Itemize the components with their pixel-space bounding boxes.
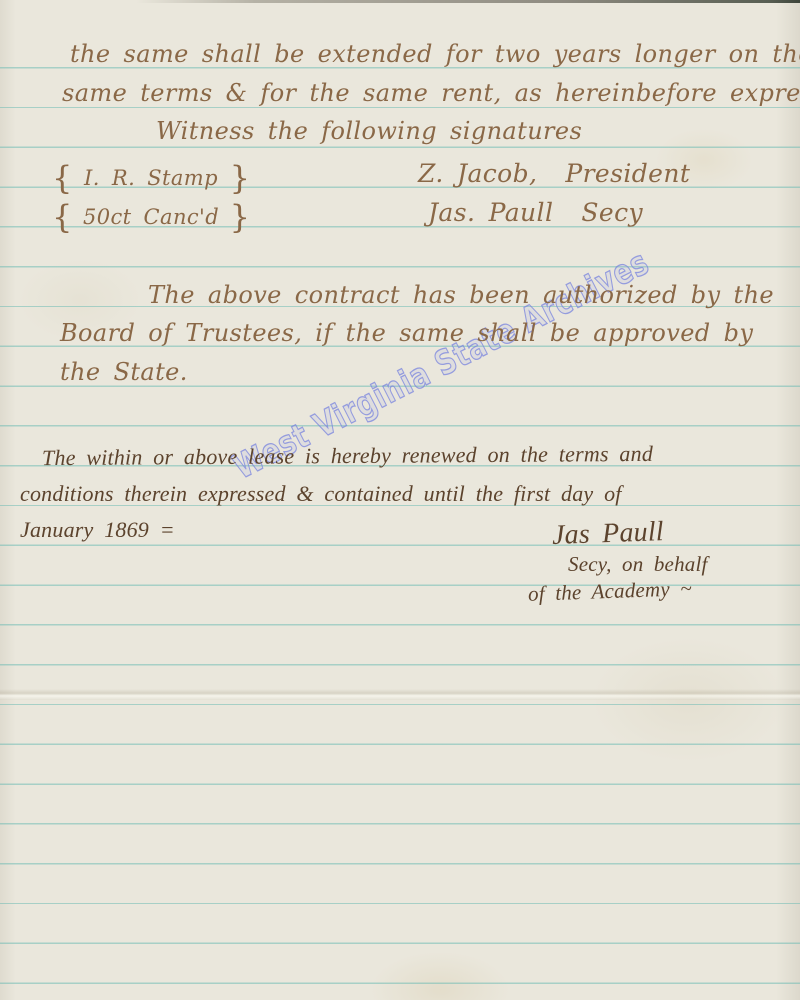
revenue-stamp-note: { I. R. Stamp } { 50ct Canc'd }: [52, 158, 250, 236]
renewal-line-1: The within or above lease is hereby rene…: [42, 441, 653, 471]
witness-line: Witness the following signatures: [156, 117, 582, 145]
close-brace: }: [230, 201, 250, 233]
stamp-note-row-2: { 50ct Canc'd }: [52, 197, 250, 236]
authorization-line-3: the State.: [60, 358, 188, 386]
close-brace: }: [230, 162, 250, 194]
opening-line-2: same terms & for the same rent, as herei…: [62, 79, 800, 107]
authorization-line-1: The above contract has been authorized b…: [148, 281, 774, 309]
stamp-note-row-1: { I. R. Stamp }: [52, 158, 250, 197]
secretary-signature: Jas. PaullSecy: [428, 198, 643, 227]
president-title: President: [565, 159, 690, 188]
secretary-name: Jas. Paull: [428, 198, 553, 227]
renewal-line-3: January 1869 =: [20, 517, 175, 543]
renewal-signature-name: Jas Paull: [551, 516, 664, 552]
scan-edge-top: [0, 0, 800, 3]
renewal-line-2: conditions therein expressed & contained…: [20, 481, 622, 507]
president-name: Z. Jacob,: [418, 159, 537, 188]
authorization-line-2: Board of Trustees, if the same shall be …: [60, 319, 753, 347]
fold-crease: [0, 689, 800, 700]
stamp-note-line-1: I. R. Stamp: [84, 166, 218, 190]
open-brace: {: [52, 201, 72, 233]
renewal-signature-title-1: Secy, on behalf: [568, 552, 708, 577]
open-brace: {: [52, 162, 72, 194]
manuscript-page-scan: West Virginia State Archives the same sh…: [0, 0, 800, 1000]
president-signature: Z. Jacob,President: [418, 159, 690, 188]
opening-line-1: the same shall be extended for two years…: [70, 40, 800, 68]
secretary-title: Secy: [581, 198, 643, 227]
stamp-note-line-2: 50ct Canc'd: [83, 205, 219, 229]
